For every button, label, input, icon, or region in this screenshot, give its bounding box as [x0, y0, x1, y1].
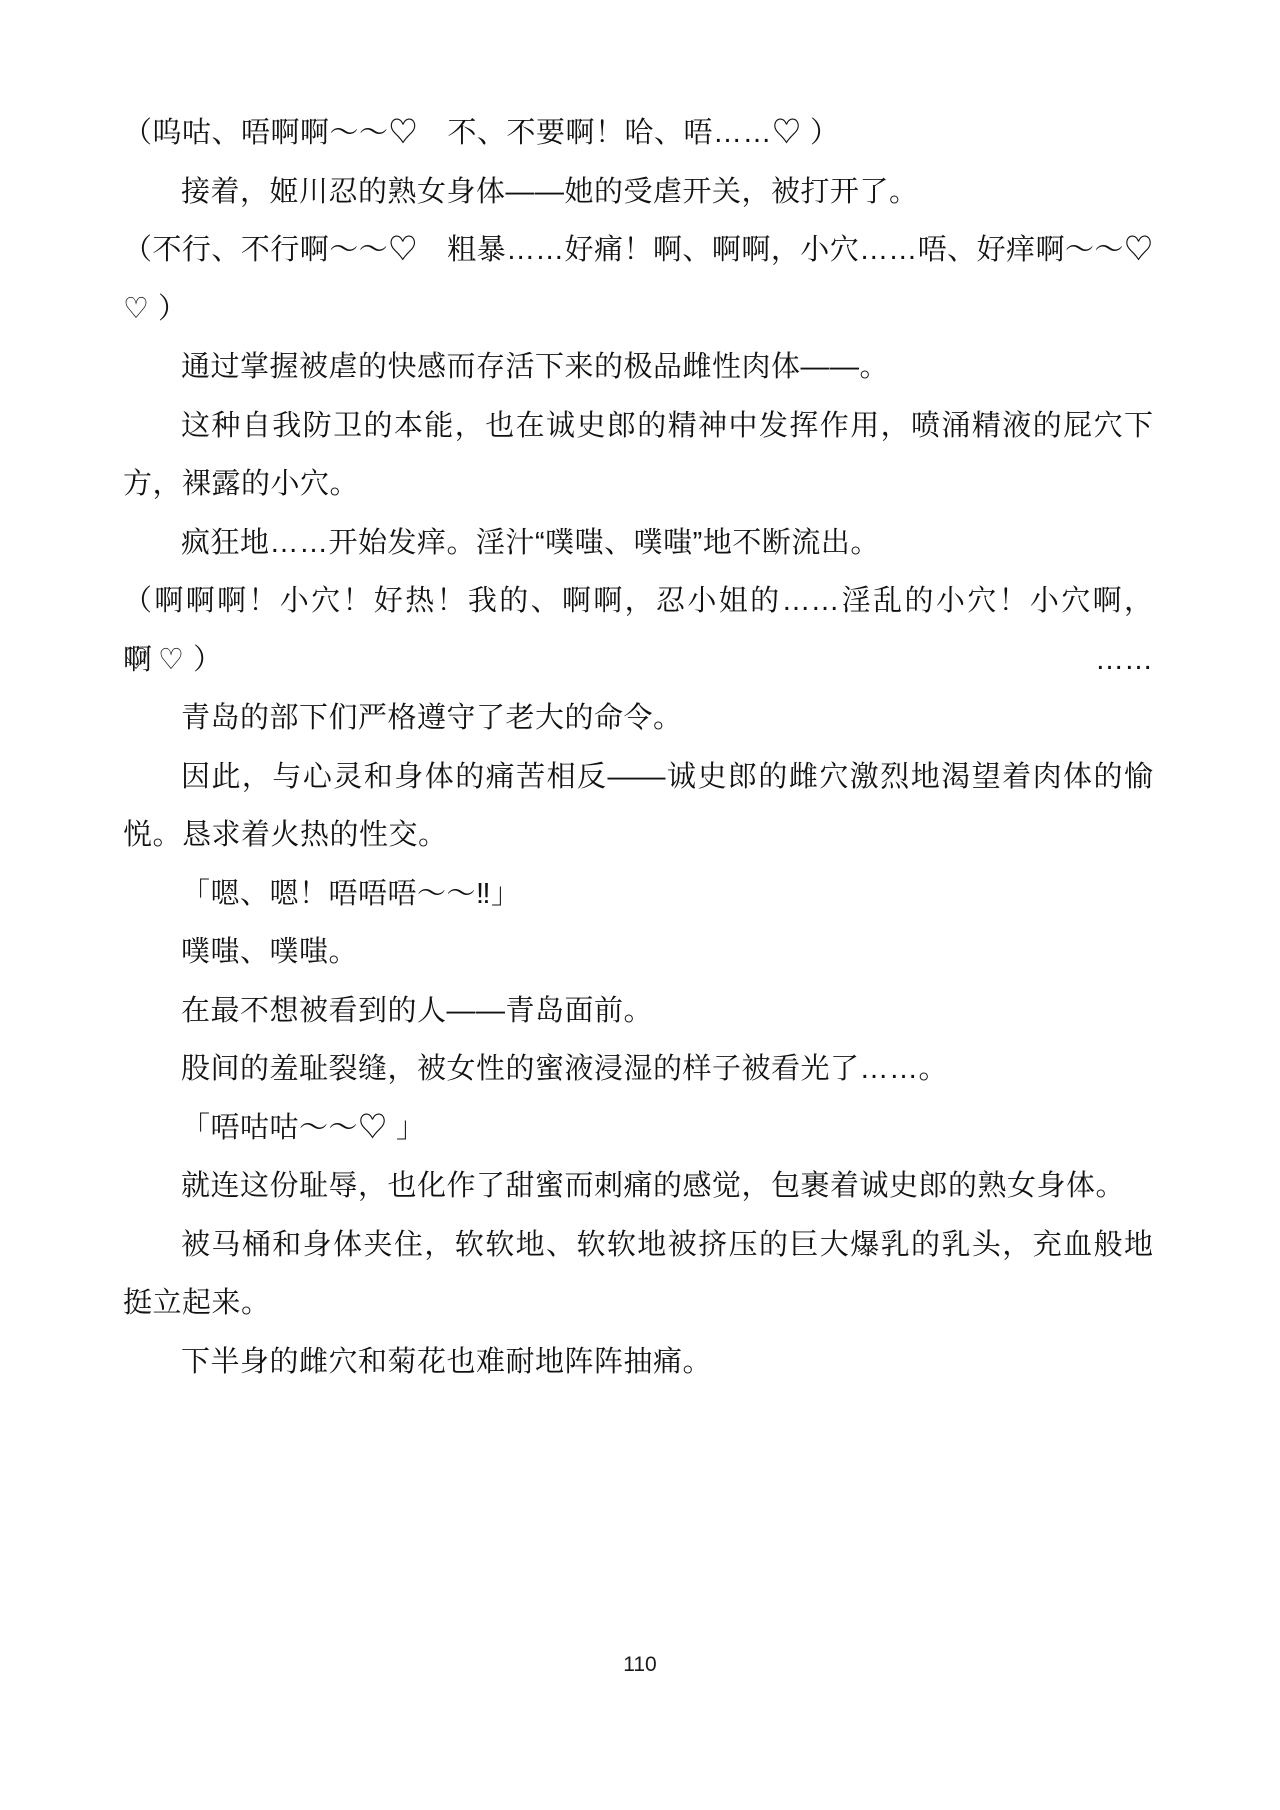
- text-line: 悦。恳求着火热的性交。: [123, 806, 1153, 865]
- text-line: （啊啊啊！小穴！好热！我的、啊啊，忍小姐的……淫乱的小穴！小穴啊，啊……: [123, 572, 1153, 631]
- text-line: 「唔咕咕～～♡ 」: [123, 1099, 1153, 1158]
- text-line: 噗嗤、噗嗤。: [123, 923, 1153, 982]
- page-number: 110: [0, 1650, 1280, 1680]
- text-line: 「嗯、嗯！唔唔唔～～‼」: [123, 865, 1153, 924]
- text-line: 疯狂地……开始发痒。淫汁“噗嗤、噗嗤”地不断流出。: [123, 514, 1153, 573]
- text-line: 方，裸露的小穴。: [123, 455, 1153, 514]
- text-line: 在最不想被看到的人——青岛面前。: [123, 982, 1153, 1041]
- text-line: 就连这份耻辱，也化作了甜蜜而刺痛的感觉，包裹着诚史郎的熟女身体。: [123, 1157, 1153, 1216]
- text-lines: （呜咕、唔啊啊～～♡ 不、不要啊！哈、唔……♡ ）接着，姬川忍的熟女身体——她的…: [123, 104, 1153, 1391]
- text-line: 青岛的部下们严格遵守了老大的命令。: [123, 689, 1153, 748]
- text-line: 这种自我防卫的本能，也在诚史郎的精神中发挥作用，喷涌精液的屁穴下: [123, 397, 1153, 456]
- text-line: ♡ ）: [123, 280, 1153, 339]
- text-line: 因此，与心灵和身体的痛苦相反——诚史郎的雌穴激烈地渴望着肉体的愉: [123, 748, 1153, 807]
- text-line: （不行、不行啊～～♡ 粗暴……好痛！啊、啊啊，小穴……唔、好痒啊～～♡: [123, 221, 1153, 280]
- text-line: （呜咕、唔啊啊～～♡ 不、不要啊！哈、唔……♡ ）: [123, 104, 1153, 163]
- text-line: 股间的羞耻裂缝，被女性的蜜液浸湿的样子被看光了……。: [123, 1040, 1153, 1099]
- text-line: 被马桶和身体夹住，软软地、软软地被挤压的巨大爆乳的乳头，充血般地: [123, 1216, 1153, 1275]
- text-line: 挺立起来。: [123, 1274, 1153, 1333]
- text-line: 下半身的雌穴和菊花也难耐地阵阵抽痛。: [123, 1333, 1153, 1392]
- text-line: 接着，姬川忍的熟女身体——她的受虐开关，被打开了。: [123, 163, 1153, 222]
- text-line: 通过掌握被虐的快感而存活下来的极品雌性肉体——。: [123, 338, 1153, 397]
- document-page: （呜咕、唔啊啊～～♡ 不、不要啊！哈、唔……♡ ）接着，姬川忍的熟女身体——她的…: [0, 0, 1280, 1810]
